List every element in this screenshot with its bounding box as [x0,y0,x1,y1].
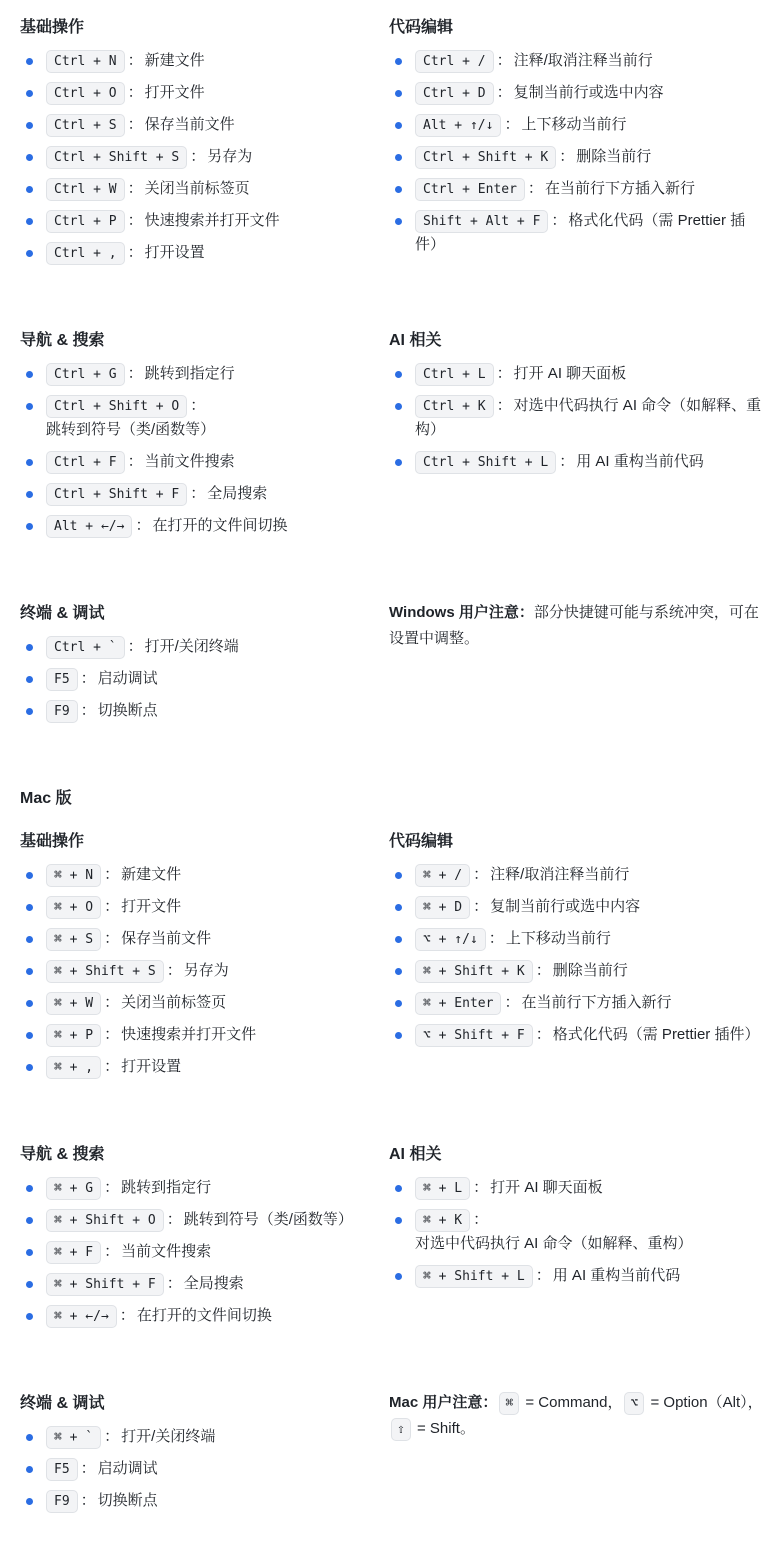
shortcut-description: 打开 AI 聊天面板 [514,365,627,382]
colon-separator: ： [128,244,143,261]
shortcut-item: ⌥ + Shift + F：格式化代码（需 Prettier 插件） [389,1023,764,1047]
shortcut-item: ⌘ + ,：打开设置 [20,1055,371,1079]
bullet-icon [26,58,33,65]
shortcut-item: F9：切换断点 [20,1489,371,1513]
colon-separator: ： [120,1307,135,1324]
shortcut-description: 复制当前行或选中内容 [514,84,664,101]
shortcut-item: F5：启动调试 [20,1457,371,1481]
shortcut-item-body: Ctrl + Shift + K：删除当前行 [415,145,651,169]
shortcut-description: 打开/关闭终端 [121,1428,215,1445]
shortcut-item-body: Ctrl + K：对选中代码执行 AI 命令（如解释、重构） [415,394,764,442]
shortcut-section: 导航 & 搜索⌘ + G：跳转到指定行⌘ + Shift + O：跳转到符号（类… [20,1141,371,1336]
bullet-icon [26,904,33,911]
shortcut-item: Ctrl + Enter：在当前行下方插入新行 [389,177,764,201]
shortcut-item-body: ⌘ + L：打开 AI 聊天面板 [415,1176,603,1200]
shortcut-description: 快速搜索并打开文件 [145,212,280,229]
shortcut-item: ⌘ + G：跳转到指定行 [20,1176,371,1200]
shortcut-item-body: ⌘ + Shift + K：删除当前行 [415,959,628,983]
shortcut-description: 启动调试 [98,670,158,687]
shortcut-description: 跳转到符号（类/函数等） [184,1211,353,1228]
shortcut-description: 在打开的文件间切换 [137,1307,272,1324]
shortcut-item-body: Ctrl + O：打开文件 [46,81,205,105]
bullet-icon [395,371,402,378]
shortcut-item: Ctrl + N：新建文件 [20,49,371,73]
shortcut-item: ⌘ + N：新建文件 [20,863,371,887]
shortcut-row: 基础操作⌘ + N：新建文件⌘ + O：打开文件⌘ + S：保存当前文件⌘ + … [20,828,764,1087]
colon-separator: ： [104,866,119,883]
shortcut-description: 切换断点 [98,702,158,719]
kbd-shortcut: ⌘ + S [46,928,101,951]
note-label: Mac 用户注意： [389,1394,497,1411]
shortcut-item: Ctrl + F：当前文件搜索 [20,450,371,474]
mac-shortcuts-group: 基础操作⌘ + N：新建文件⌘ + O：打开文件⌘ + S：保存当前文件⌘ + … [20,828,764,1521]
bullet-icon [395,1185,402,1192]
colon-separator: ： [489,930,504,947]
bullet-icon [395,90,402,97]
shortcut-item: ⌘ + P：快速搜索并打开文件 [20,1023,371,1047]
shortcut-description: 复制当前行或选中内容 [490,898,640,915]
kbd-shortcut: ⌘ [499,1392,519,1415]
kbd-shortcut: ⌘ + L [415,1177,470,1200]
kbd-shortcut: Ctrl + Shift + F [46,483,187,506]
shortcut-item: Ctrl + G：跳转到指定行 [20,362,371,386]
kbd-shortcut: Ctrl + G [46,363,125,386]
kbd-shortcut: ⌘ + Shift + F [46,1273,164,1296]
shortcut-item-body: ⌘ + Shift + F：全局搜索 [46,1272,244,1296]
colon-separator: ： [81,670,96,687]
shortcut-list: Ctrl + N：新建文件Ctrl + O：打开文件Ctrl + S：保存当前文… [20,49,371,265]
bullet-icon [26,1185,33,1192]
shortcut-description: 用 AI 重构当前代码 [553,1267,681,1284]
shortcut-item: Shift + Alt + F：格式化代码（需 Prettier 插件） [389,209,764,257]
colon-separator: ： [128,116,143,133]
colon-separator: ： [551,212,566,229]
shortcut-item: ⌘ + L：打开 AI 聊天面板 [389,1176,764,1200]
kbd-shortcut: ⌥ + Shift + F [415,1024,533,1047]
colon-separator: ： [135,517,150,534]
mac-section-header: Mac 版 [20,785,764,808]
shortcut-section: 代码编辑Ctrl + /：注释/取消注释当前行Ctrl + D：复制当前行或选中… [389,14,764,273]
note-body: Windows 用户注意：部分快捷键可能与系统冲突，可在设置中调整。 [389,600,764,652]
shortcut-item-body: ⌘ + ←/→：在打开的文件间切换 [46,1304,272,1328]
shortcut-item-body: Ctrl + L：打开 AI 聊天面板 [415,362,626,386]
section-title: AI 相关 [389,327,764,350]
note-text: = Shift。 [413,1420,475,1437]
kbd-shortcut: ⌘ + / [415,864,470,887]
colon-separator: ： [128,84,143,101]
shortcut-section: 代码编辑⌘ + /：注释/取消注释当前行⌘ + D：复制当前行或选中内容⌥ + … [389,828,764,1087]
shortcut-description: 当前文件搜索 [121,1243,211,1260]
bullet-icon [26,708,33,715]
colon-separator: ： [536,1267,551,1284]
shortcut-item-body: ⌥ + ↑/↓：上下移动当前行 [415,927,611,951]
kbd-shortcut: ⌘ + O [46,896,101,919]
bullet-icon [395,186,402,193]
shortcut-item: Ctrl + Shift + O：跳转到符号（类/函数等） [20,394,371,442]
shortcut-item: Alt + ←/→：在打开的文件间切换 [20,514,371,538]
shortcut-item-body: Ctrl + Shift + L：用 AI 重构当前代码 [415,450,704,474]
shortcut-item-body: Ctrl + ,：打开设置 [46,241,205,265]
bullet-icon [26,186,33,193]
shortcut-description: 保存当前文件 [145,116,235,133]
bullet-icon [395,1032,402,1039]
kbd-shortcut: Ctrl + Shift + S [46,146,187,169]
shortcut-item-body: Ctrl + F：当前文件搜索 [46,450,235,474]
colon-separator: ： [190,148,205,165]
bullet-icon [26,1064,33,1071]
bullet-icon [26,523,33,530]
shortcut-item-body: ⌘ + F：当前文件搜索 [46,1240,211,1264]
kbd-shortcut: Ctrl + S [46,114,125,137]
shortcut-item-body: ⌘ + S：保存当前文件 [46,927,211,951]
shortcut-description: 关闭当前标签页 [145,180,250,197]
kbd-shortcut: ⌘ + ←/→ [46,1305,117,1328]
shortcut-description: 打开设置 [121,1058,181,1075]
shortcut-item: ⌘ + ←/→：在打开的文件间切换 [20,1304,371,1328]
shortcut-description: 打开 AI 聊天面板 [490,1179,603,1196]
bullet-icon [26,154,33,161]
kbd-shortcut: F9 [46,1490,78,1513]
shortcut-description: 新建文件 [121,866,181,883]
shortcut-item: ⌘ + W：关闭当前标签页 [20,991,371,1015]
colon-separator: ： [104,898,119,915]
section-title: 终端 & 调试 [20,1390,371,1413]
bullet-icon [395,1273,402,1280]
shortcut-section: 终端 & 调试⌘ + `：打开/关闭终端F5：启动调试F9：切换断点 [20,1390,371,1521]
shortcut-section: AI 相关Ctrl + L：打开 AI 聊天面板Ctrl + K：对选中代码执行… [389,327,764,546]
kbd-shortcut: ⌘ + F [46,1241,101,1264]
bullet-icon [395,968,402,975]
bullet-icon [26,676,33,683]
shortcut-description: 在当前行下方插入新行 [545,180,695,197]
shortcut-list: Ctrl + L：打开 AI 聊天面板Ctrl + K：对选中代码执行 AI 命… [389,362,764,474]
shortcut-row: 终端 & 调试⌘ + `：打开/关闭终端F5：启动调试F9：切换断点Mac 用户… [20,1390,764,1521]
shortcut-item: ⌘ + Shift + L：用 AI 重构当前代码 [389,1264,764,1288]
colon-separator: ： [190,485,205,502]
shortcut-item-body: ⌘ + W：关闭当前标签页 [46,991,226,1015]
shortcut-description: 在当前行下方插入新行 [521,994,671,1011]
colon-separator: ： [528,180,543,197]
colon-separator: ： [504,994,519,1011]
kbd-shortcut: Shift + Alt + F [415,210,548,233]
colon-separator: ： [81,702,96,719]
kbd-shortcut: ⌘ + , [46,1056,101,1079]
section-title: 终端 & 调试 [20,600,371,623]
shortcut-item: Ctrl + L：打开 AI 聊天面板 [389,362,764,386]
section-title: 基础操作 [20,828,371,851]
colon-separator: ： [104,1179,119,1196]
shortcut-description: 当前文件搜索 [145,453,235,470]
shortcut-item: ⌘ + S：保存当前文件 [20,927,371,951]
colon-separator: ： [536,1026,551,1043]
colon-separator: ： [167,1211,182,1228]
shortcut-item-body: ⌘ + Shift + S：另存为 [46,959,229,983]
shortcut-description: 快速搜索并打开文件 [121,1026,256,1043]
shortcut-item-body: Ctrl + S：保存当前文件 [46,113,235,137]
shortcut-list: Ctrl + /：注释/取消注释当前行Ctrl + D：复制当前行或选中内容Al… [389,49,764,257]
shortcut-description: 跳转到符号（类/函数等） [46,421,215,438]
shortcut-item: ⌥ + ↑/↓：上下移动当前行 [389,927,764,951]
shortcut-item-body: ⌘ + ,：打开设置 [46,1055,181,1079]
shortcut-description: 跳转到指定行 [121,1179,211,1196]
bullet-icon [26,250,33,257]
note-label: Windows 用户注意： [389,604,534,621]
colon-separator: ： [104,994,119,1011]
shortcut-list: ⌘ + N：新建文件⌘ + O：打开文件⌘ + S：保存当前文件⌘ + Shif… [20,863,371,1079]
shortcut-item: Ctrl + D：复制当前行或选中内容 [389,81,764,105]
kbd-shortcut: F9 [46,700,78,723]
kbd-shortcut: Ctrl + Shift + O [46,395,187,418]
shortcut-item: ⌘ + Shift + O：跳转到符号（类/函数等） [20,1208,371,1232]
kbd-shortcut: F5 [46,668,78,691]
shortcut-description: 注释/取消注释当前行 [490,866,629,883]
shortcut-list: ⌘ + `：打开/关闭终端F5：启动调试F9：切换断点 [20,1425,371,1513]
kbd-shortcut: ⌘ + K [415,1209,470,1232]
bullet-icon [395,122,402,129]
shortcut-list: ⌘ + G：跳转到指定行⌘ + Shift + O：跳转到符号（类/函数等）⌘ … [20,1176,371,1328]
shortcut-item-body: F9：切换断点 [46,1489,158,1513]
shortcut-list: ⌘ + L：打开 AI 聊天面板⌘ + K：对选中代码执行 AI 命令（如解释、… [389,1176,764,1288]
colon-separator: ： [104,1243,119,1260]
colon-separator: ： [497,52,512,69]
note-text: = Command， [521,1394,622,1411]
shortcut-description: 打开文件 [121,898,181,915]
bullet-icon [26,872,33,879]
shortcut-description: 打开设置 [145,244,205,261]
bullet-icon [26,122,33,129]
shortcut-section: 基础操作⌘ + N：新建文件⌘ + O：打开文件⌘ + S：保存当前文件⌘ + … [20,828,371,1087]
kbd-shortcut: Ctrl + Enter [415,178,525,201]
colon-separator: ： [128,180,143,197]
shortcut-item-body: Ctrl + N：新建文件 [46,49,205,73]
kbd-shortcut: ⌘ + Shift + O [46,1209,164,1232]
shortcut-item-body: F9：切换断点 [46,699,158,723]
bullet-icon [26,491,33,498]
shortcut-item-body: Ctrl + Shift + O：跳转到符号（类/函数等） [46,394,371,442]
colon-separator: ： [128,52,143,69]
shortcut-description: 上下移动当前行 [506,930,611,947]
shortcut-item-body: ⌘ + Shift + L：用 AI 重构当前代码 [415,1264,680,1288]
bullet-icon [26,1249,33,1256]
bullet-icon [395,403,402,410]
shortcut-description: 格式化代码（需 Prettier 插件） [553,1026,760,1043]
shortcut-item-body: ⌘ + `：打开/关闭终端 [46,1425,215,1449]
shortcut-item-body: Alt + ←/→：在打开的文件间切换 [46,514,287,538]
kbd-shortcut: Ctrl + Shift + L [415,451,556,474]
colon-separator: ： [104,1026,119,1043]
shortcut-item-body: ⌘ + G：跳转到指定行 [46,1176,211,1200]
shortcut-item: ⌘ + Enter：在当前行下方插入新行 [389,991,764,1015]
colon-separator: ： [559,453,574,470]
shortcut-description: 全局搜索 [184,1275,244,1292]
shortcut-description: 对选中代码执行 AI 命令（如解释、重构） [415,1235,693,1252]
kbd-shortcut: Ctrl + , [46,242,125,265]
shortcut-description: 保存当前文件 [121,930,211,947]
kbd-shortcut: Ctrl + N [46,50,125,73]
shortcut-item-body: ⌘ + P：快速搜索并打开文件 [46,1023,256,1047]
colon-separator: ： [190,397,205,414]
shortcut-item: F5：启动调试 [20,667,371,691]
colon-separator: ： [559,148,574,165]
section-title: AI 相关 [389,1141,764,1164]
colon-separator: ： [128,453,143,470]
shortcut-item-body: Ctrl + `：打开/关闭终端 [46,635,239,659]
kbd-shortcut: ⌥ + ↑/↓ [415,928,486,951]
bullet-icon [395,154,402,161]
shortcut-description: 跳转到指定行 [145,365,235,382]
shortcut-item-body: ⌘ + N：新建文件 [46,863,181,887]
shortcut-item-body: ⌘ + Enter：在当前行下方插入新行 [415,991,671,1015]
shortcut-item: ⌘ + D：复制当前行或选中内容 [389,895,764,919]
shortcut-item-body: F5：启动调试 [46,1457,158,1481]
shortcut-item: Ctrl + P：快速搜索并打开文件 [20,209,371,233]
shortcut-item-body: Alt + ↑/↓：上下移动当前行 [415,113,626,137]
kbd-shortcut: Alt + ←/→ [46,515,132,538]
bullet-icon [26,371,33,378]
bullet-icon [26,459,33,466]
colon-separator: ： [81,1492,96,1509]
shortcut-item: F9：切换断点 [20,699,371,723]
colon-separator: ： [497,365,512,382]
bullet-icon [26,1434,33,1441]
shortcut-item-body: Ctrl + P：快速搜索并打开文件 [46,209,280,233]
shortcut-item: Ctrl + Shift + K：删除当前行 [389,145,764,169]
colon-separator: ： [81,1460,96,1477]
colon-separator: ： [128,638,143,655]
shortcut-description: 删除当前行 [576,148,651,165]
shortcut-item-body: ⌘ + D：复制当前行或选中内容 [415,895,640,919]
kbd-shortcut: Ctrl + W [46,178,125,201]
kbd-shortcut: Ctrl + ` [46,636,125,659]
colon-separator: ： [473,1211,488,1228]
shortcut-description: 另存为 [184,962,229,979]
kbd-shortcut: Alt + ↑/↓ [415,114,501,137]
windows-shortcuts-group: 基础操作Ctrl + N：新建文件Ctrl + O：打开文件Ctrl + S：保… [20,14,764,731]
shortcut-description: 切换断点 [98,1492,158,1509]
shortcut-item-body: Ctrl + Enter：在当前行下方插入新行 [415,177,695,201]
shortcut-item: Ctrl + W：关闭当前标签页 [20,177,371,201]
shortcut-description: 注释/取消注释当前行 [514,52,653,69]
shortcut-item-body: ⌥ + Shift + F：格式化代码（需 Prettier 插件） [415,1023,759,1047]
kbd-shortcut: Ctrl + F [46,451,125,474]
shortcut-description: 在打开的文件间切换 [152,517,287,534]
bullet-icon [26,1313,33,1320]
kbd-shortcut: Ctrl + L [415,363,494,386]
bullet-icon [395,1000,402,1007]
shortcut-item: Ctrl + ,：打开设置 [20,241,371,265]
bullet-icon [26,1217,33,1224]
note: Windows 用户注意：部分快捷键可能与系统冲突，可在设置中调整。 [389,600,764,731]
kbd-shortcut: ⌘ + W [46,992,101,1015]
bullet-icon [395,1217,402,1224]
shortcut-item-body: Ctrl + W：关闭当前标签页 [46,177,250,201]
shortcut-item-body: ⌘ + /：注释/取消注释当前行 [415,863,629,887]
section-title: 基础操作 [20,14,371,37]
shortcut-row: 导航 & 搜索⌘ + G：跳转到指定行⌘ + Shift + O：跳转到符号（类… [20,1141,764,1336]
kbd-shortcut: ⌘ + G [46,1177,101,1200]
shortcut-item: Ctrl + Shift + F：全局搜索 [20,482,371,506]
shortcut-item: Ctrl + S：保存当前文件 [20,113,371,137]
kbd-shortcut: ⌘ + P [46,1024,101,1047]
kbd-shortcut: Ctrl + D [415,82,494,105]
shortcut-item: Ctrl + /：注释/取消注释当前行 [389,49,764,73]
shortcut-item-body: Ctrl + Shift + F：全局搜索 [46,482,267,506]
shortcut-description: 新建文件 [145,52,205,69]
bullet-icon [26,1281,33,1288]
section-title: 导航 & 搜索 [20,327,371,350]
bullet-icon [395,218,402,225]
kbd-shortcut: ⌘ + Shift + S [46,960,164,983]
shortcut-row: 终端 & 调试Ctrl + `：打开/关闭终端F5：启动调试F9：切换断点Win… [20,600,764,731]
shortcut-item-body: Ctrl + Shift + S：另存为 [46,145,252,169]
bullet-icon [26,403,33,410]
kbd-shortcut: ⌘ + Enter [415,992,501,1015]
colon-separator: ： [473,1179,488,1196]
colon-separator: ： [167,1275,182,1292]
bullet-icon [26,936,33,943]
bullet-icon [26,218,33,225]
shortcut-list: Ctrl + G：跳转到指定行Ctrl + Shift + O：跳转到符号（类/… [20,362,371,538]
bullet-icon [395,936,402,943]
bullet-icon [26,1000,33,1007]
shortcut-item: ⌘ + `：打开/关闭终端 [20,1425,371,1449]
shortcut-description: 打开/关闭终端 [145,638,239,655]
bullet-icon [26,644,33,651]
kbd-shortcut: Ctrl + O [46,82,125,105]
shortcut-item: ⌘ + Shift + S：另存为 [20,959,371,983]
section-title: 代码编辑 [389,828,764,851]
bullet-icon [26,968,33,975]
note-text: = Option（Alt）， [646,1394,762,1411]
shortcut-description: 用 AI 重构当前代码 [576,453,704,470]
shortcut-row: 导航 & 搜索Ctrl + G：跳转到指定行Ctrl + Shift + O：跳… [20,327,764,546]
section-title: 导航 & 搜索 [20,1141,371,1164]
shortcut-section: AI 相关⌘ + L：打开 AI 聊天面板⌘ + K：对选中代码执行 AI 命令… [389,1141,764,1336]
kbd-shortcut: ⌥ [624,1392,644,1415]
shortcut-description: 启动调试 [98,1460,158,1477]
shortcut-item-body: ⌘ + K：对选中代码执行 AI 命令（如解释、重构） [415,1208,764,1256]
shortcut-item: ⌘ + O：打开文件 [20,895,371,919]
colon-separator: ： [536,962,551,979]
bullet-icon [395,904,402,911]
shortcut-item: Ctrl + Shift + S：另存为 [20,145,371,169]
shortcut-item-body: Ctrl + G：跳转到指定行 [46,362,235,386]
bullet-icon [26,1466,33,1473]
kbd-shortcut: Ctrl + P [46,210,125,233]
kbd-shortcut: ⌘ + ` [46,1426,101,1449]
shortcut-item: Ctrl + O：打开文件 [20,81,371,105]
kbd-shortcut: ⇧ [391,1418,411,1441]
shortcut-row: 基础操作Ctrl + N：新建文件Ctrl + O：打开文件Ctrl + S：保… [20,14,764,273]
shortcut-section: 导航 & 搜索Ctrl + G：跳转到指定行Ctrl + Shift + O：跳… [20,327,371,546]
note-body: Mac 用户注意：⌘ = Command，⌥ = Option（Alt），⇧ =… [389,1390,764,1442]
shortcut-item-body: Ctrl + D：复制当前行或选中内容 [415,81,664,105]
shortcut-item-body: ⌘ + Shift + O：跳转到符号（类/函数等） [46,1208,353,1232]
colon-separator: ： [473,866,488,883]
colon-separator: ： [167,962,182,979]
shortcut-item: Ctrl + Shift + L：用 AI 重构当前代码 [389,450,764,474]
shortcut-list: Ctrl + `：打开/关闭终端F5：启动调试F9：切换断点 [20,635,371,723]
shortcut-item: Ctrl + K：对选中代码执行 AI 命令（如解释、重构） [389,394,764,442]
bullet-icon [395,872,402,879]
bullet-icon [395,459,402,466]
shortcut-description: 另存为 [207,148,252,165]
colon-separator: ： [473,898,488,915]
colon-separator: ： [104,1058,119,1075]
colon-separator: ： [504,116,519,133]
shortcut-description: 全局搜索 [207,485,267,502]
kbd-shortcut: ⌘ + N [46,864,101,887]
